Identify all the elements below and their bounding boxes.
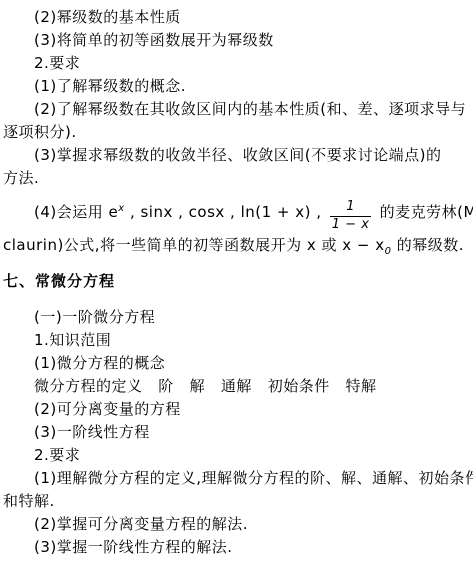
doc-line-power-series-property: (2)幂级数的基本性质 bbox=[0, 6, 473, 29]
doc-line-ode-req-1b: 和特解. bbox=[0, 490, 473, 513]
formula2-suffix: 的幂级数. bbox=[392, 236, 465, 254]
doc-line-req-3a: (3)掌握求幂级数的收敛半径、收敛区间(不要求讨论端点)的 bbox=[0, 144, 473, 167]
formula-prefix: (4)会运用 e bbox=[34, 203, 118, 221]
document-page: (2)幂级数的基本性质 (3)将简单的初等函数展开为幂级数 2.要求 (1)了解… bbox=[0, 0, 473, 561]
doc-line-ode-terms: 微分方程的定义 阶 解 通解 初始条件 特解 bbox=[0, 375, 473, 398]
doc-line-knowledge-scope: 1.知识范围 bbox=[0, 329, 473, 352]
doc-line-req-1: (1)了解幂级数的概念. bbox=[0, 75, 473, 98]
doc-line-req-2b: 逐项积分). bbox=[0, 121, 473, 144]
formula-suffix: 的麦克劳林(Ma- bbox=[374, 203, 473, 221]
doc-line-req-4-formula: (4)会运用 ex , sinx , cosx , ln(1 + x) , 11… bbox=[0, 190, 473, 234]
doc-line-req-2a: (2)了解幂级数在其收敛区间内的基本性质(和、差、逐项求导与 bbox=[0, 98, 473, 121]
doc-line-first-order-ode: (一)一阶微分方程 bbox=[0, 306, 473, 329]
section-heading-ode: 七、常微分方程 bbox=[0, 270, 473, 293]
fraction-numerator: 1 bbox=[330, 200, 372, 217]
doc-line-ode-req-2: (2)掌握可分离变量方程的解法. bbox=[0, 513, 473, 536]
fraction-denominator: 1 − x bbox=[330, 217, 372, 233]
doc-line-req-4-continued: claurin)公式,将一些简单的初等函数展开为 x 或 x − x0 的幂级数… bbox=[0, 234, 473, 257]
formula2-prefix: claurin)公式,将一些简单的初等函数展开为 x 或 x − x bbox=[3, 236, 385, 254]
subscript-0: 0 bbox=[385, 246, 392, 257]
doc-line-requirements-2: 2.要求 bbox=[0, 444, 473, 467]
doc-line-separable-eq: (2)可分离变量的方程 bbox=[0, 398, 473, 421]
doc-line-req-3b: 方法. bbox=[0, 167, 473, 190]
fraction-1-over-1-minus-x: 11 − x bbox=[330, 200, 372, 233]
formula-mid: , sinx , cosx , ln(1 + x) , bbox=[125, 203, 327, 221]
doc-line-ode-req-3: (3)掌握一阶线性方程的解法. bbox=[0, 536, 473, 559]
doc-line-linear-eq: (3)一阶线性方程 bbox=[0, 421, 473, 444]
doc-line-ode-concept: (1)微分方程的概念 bbox=[0, 352, 473, 375]
doc-line-requirements-1: 2.要求 bbox=[0, 52, 473, 75]
doc-line-expand-functions: (3)将简单的初等函数展开为幂级数 bbox=[0, 29, 473, 52]
doc-line-ode-req-1a: (1)理解微分方程的定义,理解微分方程的阶、解、通解、初始条件 bbox=[0, 467, 473, 490]
